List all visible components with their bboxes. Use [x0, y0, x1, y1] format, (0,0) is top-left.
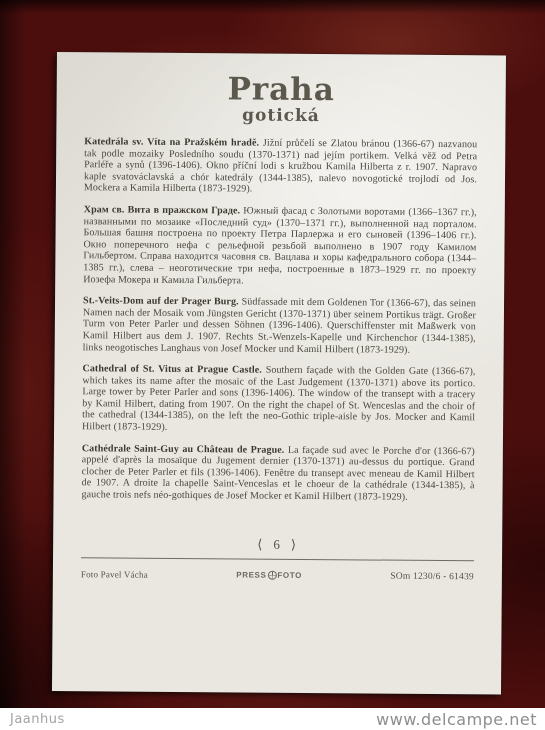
divider-rule — [81, 557, 474, 561]
seller-name: Jaanhus — [10, 712, 65, 727]
pressfoto-logo-foto: FOTO — [277, 570, 302, 579]
page-number-value: 6 — [264, 536, 291, 551]
catalog-number: SOm 1230/6 - 61439 — [390, 571, 474, 582]
paragraph-english: Cathedral of St. Vitus at Prague Castle.… — [82, 363, 476, 436]
card-title: Praha — [85, 72, 478, 108]
pressfoto-logo-press: PRESS — [236, 570, 266, 579]
delcampe-watermark: www.delcampe.net — [376, 710, 537, 729]
paragraph-english-body: Southern façade with the Golden Gate (13… — [82, 365, 476, 433]
card-subtitle: gotická — [84, 105, 477, 127]
paragraph-german: St.-Veits-Dom auf der Prager Burg. Südfa… — [83, 295, 476, 356]
paragraph-russian-body: Южный фасад с Золотыми воротами (1366–13… — [83, 205, 477, 286]
description-column: Katedrála sv. Víta na Pražském hradě. Ji… — [81, 136, 477, 504]
page-number: ⟨6⟩ — [81, 535, 474, 554]
paragraph-french: Cathédrale Saint-Guy au Château de Pragu… — [81, 443, 474, 504]
photo-credit: Foto Pavel Vácha — [81, 569, 148, 580]
card-footer: Foto Pavel Vácha PRESS FOTO SOm 1230/6 -… — [81, 569, 474, 582]
page-bracket-right: ⟩ — [291, 537, 298, 552]
photo-of-postcard: Praha gotická Katedrála sv. Víta na Praž… — [0, 0, 545, 730]
paragraph-czech-lead: Katedrála sv. Víta na Pražském hradě. — [84, 136, 259, 148]
pressfoto-logo: PRESS FOTO — [236, 570, 302, 580]
paragraph-german-lead: St.-Veits-Dom auf der Prager Burg. — [83, 295, 239, 307]
watermark-bar: Jaanhus www.delcampe.net — [0, 708, 545, 730]
paragraph-french-lead: Cathédrale Saint-Guy au Château de Pragu… — [82, 443, 285, 456]
globe-icon — [267, 570, 276, 579]
paragraph-russian: Храм св. Вита в пражском Граде. Южный фа… — [83, 204, 477, 288]
paragraph-czech: Katedrála sv. Víta na Pražském hradě. Ji… — [84, 136, 477, 197]
paragraph-russian-lead: Храм св. Вита в пражском Граде. — [84, 204, 240, 216]
postcard-back: Praha gotická Katedrála sv. Víta na Praž… — [52, 52, 506, 695]
paragraph-english-lead: Cathedral of St. Vitus at Prague Castle. — [82, 363, 262, 375]
